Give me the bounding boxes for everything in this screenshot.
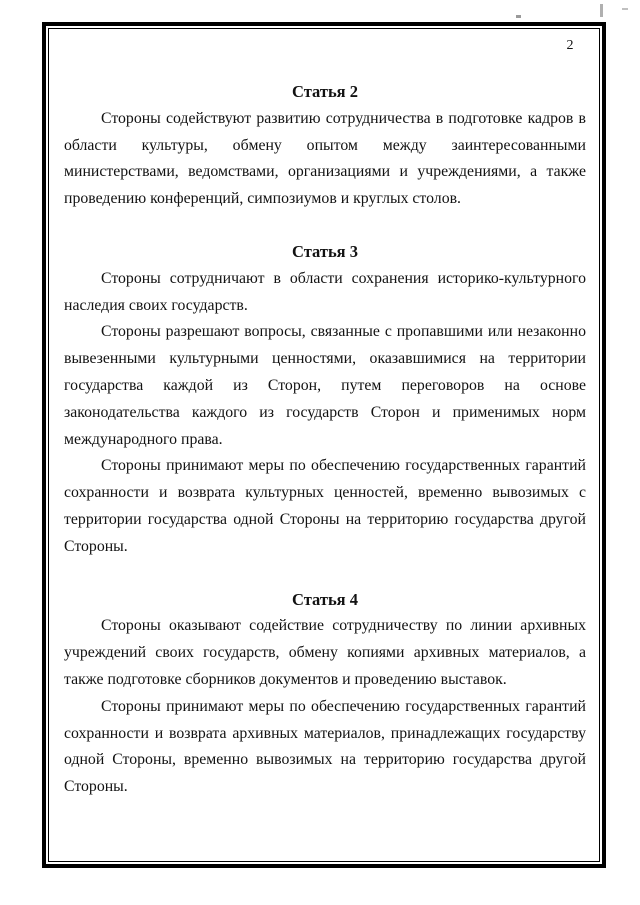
article-heading: Статья 3 (64, 239, 586, 266)
text-line: Стороны принимают меры по обеспечению го… (64, 453, 586, 480)
article-paragraph: Стороны принимают меры по обеспечению го… (64, 453, 586, 560)
text-line: Стороны сотрудничают в области сохранени… (64, 266, 586, 293)
scan-artifact (622, 8, 628, 10)
scan-artifact (600, 4, 603, 17)
article-section-3: Статья 3 Стороны сотрудничают в области … (64, 239, 586, 561)
document-page: 2 Статья 2 Стороны содействуют развитию … (48, 28, 600, 862)
article-paragraph: Стороны разрешают вопросы, связанные с п… (64, 319, 586, 453)
text-line: Стороны разрешают вопросы, связанные с п… (64, 319, 586, 346)
text-line: Стороны оказывают содействие сотрудничес… (64, 613, 586, 640)
article-section-4: Статья 4 Стороны оказывают содействие со… (64, 587, 586, 801)
text-line: государства каждой из Сторон, путем пере… (64, 373, 586, 400)
text-line: Стороны. (64, 534, 586, 561)
text-line: законодательства каждого из государств С… (64, 400, 586, 427)
page-border: 2 Статья 2 Стороны содействуют развитию … (42, 22, 606, 868)
article-paragraph: Стороны принимают меры по обеспечению го… (64, 694, 586, 801)
article-section-2: Статья 2 Стороны содействуют развитию со… (64, 79, 586, 213)
text-line: Стороны. (64, 774, 586, 801)
text-line: международного права. (64, 427, 586, 454)
text-line: вывезенными культурными ценностями, оказ… (64, 346, 586, 373)
text-line: учреждений своих государств, обмену копи… (64, 640, 586, 667)
text-line: области культуры, обмену опытом между за… (64, 133, 586, 160)
text-line: также подготовке сборников документов и … (64, 667, 586, 694)
page-number: 2 (64, 35, 586, 57)
text-line: территории государства одной Стороны на … (64, 507, 586, 534)
text-line: Стороны содействуют развитию сотрудничес… (64, 106, 586, 133)
text-line: наследия своих государств. (64, 293, 586, 320)
text-line: сохранности и возврата архивных материал… (64, 721, 586, 748)
article-paragraph: Стороны сотрудничают в области сохранени… (64, 266, 586, 320)
text-line: министерствами, ведомствами, организация… (64, 159, 586, 186)
article-paragraph: Стороны содействуют развитию сотрудничес… (64, 106, 586, 213)
text-line: сохранности и возврата культурных ценнос… (64, 480, 586, 507)
text-line: одной Стороны, временно вывозимых на тер… (64, 747, 586, 774)
scan-artifact (516, 15, 521, 18)
text-line: проведению конференций, симпозиумов и кр… (64, 186, 586, 213)
article-paragraph: Стороны оказывают содействие сотрудничес… (64, 613, 586, 693)
article-heading: Статья 2 (64, 79, 586, 106)
article-heading: Статья 4 (64, 587, 586, 614)
text-line: Стороны принимают меры по обеспечению го… (64, 694, 586, 721)
